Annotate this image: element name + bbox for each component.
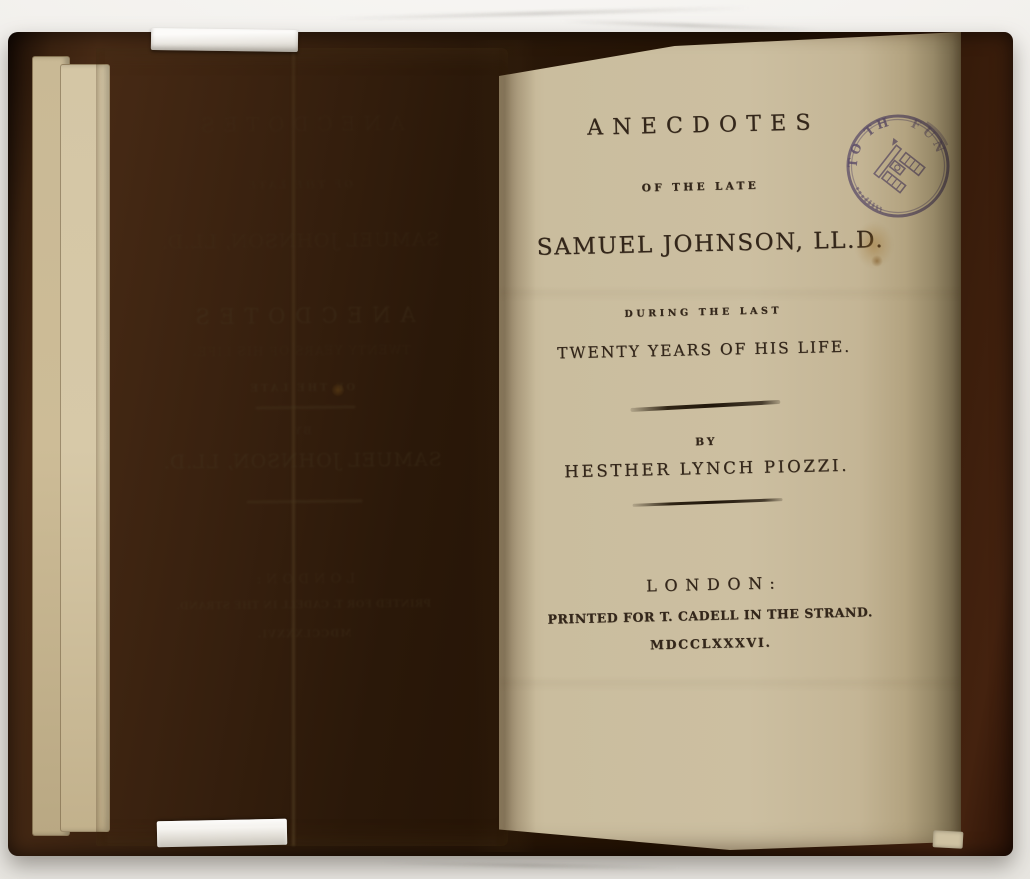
book-title: ANECDOTES: [534, 109, 869, 142]
tissue-strip-bottom: [157, 819, 287, 847]
photo-background: ANECDOTES OF THE LATE SAMUEL JOHNSON, LL…: [0, 0, 1030, 879]
duration-line-1: DURING THE LAST: [538, 303, 868, 321]
ghost-imprint-publisher: PRINTED FOR T. CADELL IN THE STRAND.: [98, 598, 510, 613]
backdrop-crease: [380, 861, 680, 869]
ink-stain-dot: [871, 255, 883, 267]
series-line: OF THE LATE: [535, 177, 865, 196]
ghost-imprint-year: MDCCLXXXVI.: [98, 627, 510, 642]
printer-rule-2: [633, 498, 783, 507]
title-text-block: ANECDOTES OF THE LATE SAMUEL JOHNSON, LL…: [532, 26, 878, 733]
ghost-title: ANECDOTES: [93, 110, 505, 138]
foxing-spot: [332, 384, 344, 396]
by-label: BY: [541, 432, 871, 451]
backdrop-crease: [330, 7, 750, 21]
ghost-series-line-2: OF THE LATE: [95, 381, 507, 396]
ghost-rule: [256, 405, 356, 409]
printer-rule-1: [630, 400, 780, 412]
page-corner-tab: [933, 830, 964, 849]
gutter-shadow: [470, 40, 536, 852]
ghost-series-line: OF THE LATE: [93, 178, 505, 193]
imprint-year: MDCCLXXXVI.: [546, 632, 876, 654]
backdrop-crease: [560, 19, 820, 31]
ghost-by-label: BY: [96, 424, 508, 439]
tissue-strip-top: [151, 28, 298, 52]
ghost-imprint-city: LONDON:: [97, 570, 509, 589]
ghost-title-2: ANECDOTES: [95, 302, 507, 330]
ghost-subject-2: SAMUEL JOHNSON, LL.D.: [96, 448, 508, 474]
left-page: ANECDOTES OF THE LATE SAMUEL JOHNSON, LL…: [96, 48, 508, 846]
stamp-emblem: [869, 138, 928, 196]
right-page-title-page: ANECDOTES OF THE LATE SAMUEL JOHNSON, LL…: [499, 30, 961, 850]
library-ink-stamp: TO THY FUND: [828, 96, 967, 235]
ghost-duration-line: TWENTY YEARS OF HIS LIFE.: [95, 342, 507, 360]
imprint-publisher: PRINTED FOR T. CADELL IN THE STRAND.: [545, 604, 875, 626]
imprint-city: LONDON:: [544, 571, 879, 598]
duration-line-2: TWENTY YEARS OF HIS LIFE.: [539, 337, 869, 362]
ghost-rule: [247, 499, 363, 503]
ghost-subject: SAMUEL JOHNSON, LL.D.: [94, 228, 506, 254]
subject-line: SAMUEL JOHNSON, LL.D.: [536, 227, 867, 260]
stamp-graphic: TO THY FUND: [828, 96, 967, 235]
author-line: HESTHER LYNCH PIOZZI.: [542, 455, 872, 481]
ghost-showthrough-block: ANECDOTES OF THE LATE SAMUEL JOHNSON, LL…: [92, 46, 512, 848]
